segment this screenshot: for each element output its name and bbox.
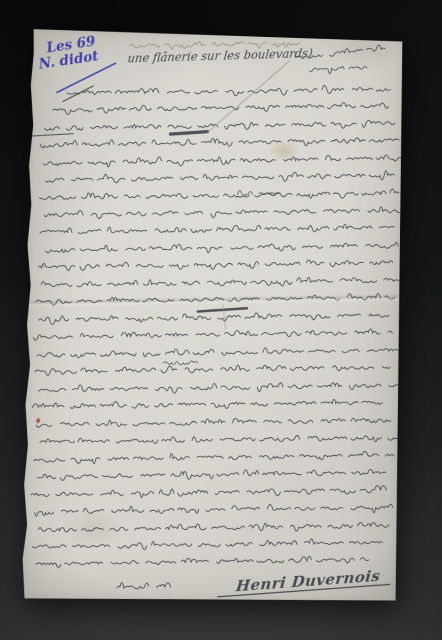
photo-of-manuscript: Les 69 N. didot une flânerie sur les bou… (0, 0, 442, 640)
manuscript-paper: Les 69 N. didot une flânerie sur les bou… (22, 28, 404, 604)
handwriting-layer (22, 28, 404, 604)
paper-wrap: Les 69 N. didot une flânerie sur les bou… (22, 28, 404, 604)
